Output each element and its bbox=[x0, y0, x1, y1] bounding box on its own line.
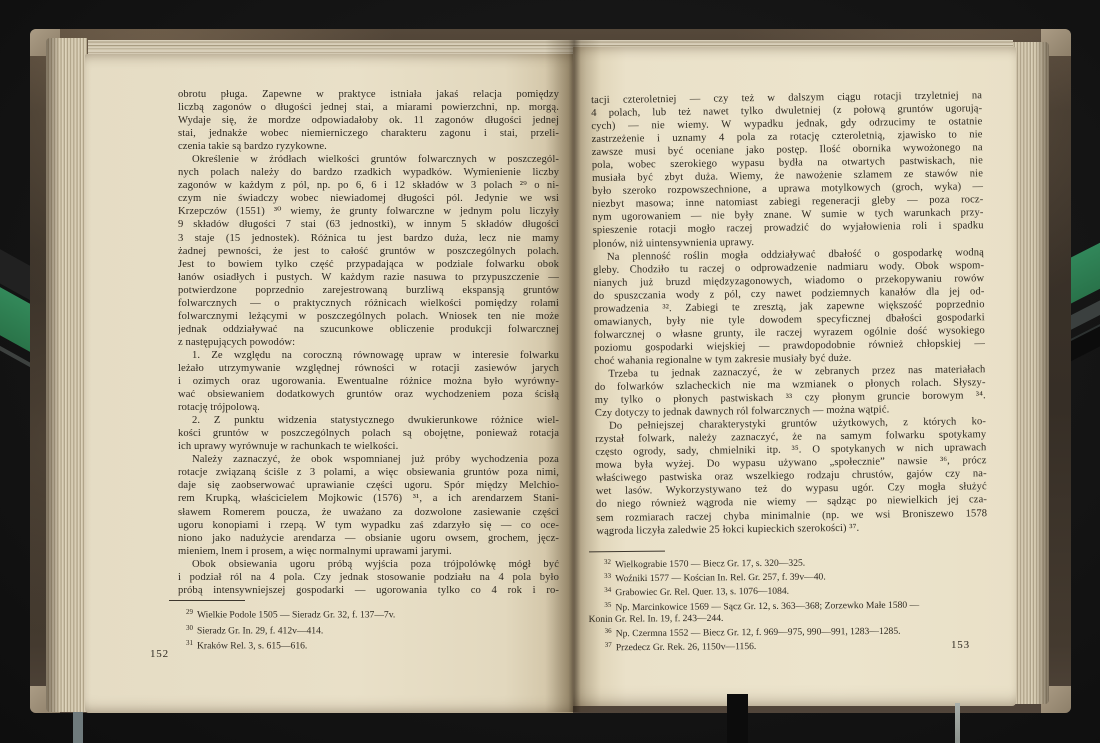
strap-bottom-center bbox=[727, 694, 748, 743]
page-left-text: obrotu pługa. Zapewne w praktyce istniał… bbox=[178, 88, 559, 597]
footnote-number: 36 bbox=[605, 626, 612, 634]
text-line: daje się zaobserwować uprawianie części … bbox=[178, 479, 559, 492]
text-line: żadnej pewności, że jest to całość grunt… bbox=[178, 245, 559, 258]
page-number-left: 152 bbox=[150, 648, 169, 660]
footnote-rule-left bbox=[169, 600, 245, 601]
text-line: jednak oddziaływać na szucunkowe oblicze… bbox=[178, 323, 559, 336]
text-line: 9 składów długości 7 stai (63 jednostki)… bbox=[178, 218, 559, 231]
scan-stage: obrotu pługa. Zapewne w praktyce istniał… bbox=[0, 0, 1100, 743]
footnote-number: 35 bbox=[604, 600, 611, 608]
footnote-text: Kraków Rel. 3, s. 615—616. bbox=[197, 641, 307, 652]
text-line: czym nie świadczy wobec niewiadomej dług… bbox=[178, 192, 559, 205]
text-line: Krzepczów (1551) ³⁰ wiemy, że grunty fol… bbox=[178, 205, 559, 218]
footnote-line: 29Wielkie Podole 1505 — Sieradz Gr. 32, … bbox=[170, 606, 562, 622]
footnote-text: Wielkie Podole 1505 — Sieradz Gr. 32, f.… bbox=[197, 610, 395, 621]
text-line: kości gruntów w poszczególnych polach są… bbox=[178, 427, 559, 440]
text-line: nych polach należy do bardzo rzadkich wy… bbox=[178, 166, 559, 179]
footnote-number: 31 bbox=[186, 639, 193, 647]
text-line: Określenie w źródłach wielkości gruntów … bbox=[178, 153, 559, 166]
footnote-line: 30Sieradz Gr. In. 29, f. 412v—414. bbox=[170, 622, 562, 638]
text-line: mieniem, lnem i prosem, a więc normalnym… bbox=[178, 545, 559, 558]
text-line: rotację trójpolową. bbox=[178, 401, 559, 414]
footnote-line: 31Kraków Rel. 3, s. 615—616. bbox=[170, 637, 562, 653]
text-line: ich uprawy wyrównuje w rachunkach te wie… bbox=[178, 440, 559, 453]
text-line: łanów osiadłych i pustych. W każdym razi… bbox=[178, 271, 559, 284]
text-line: czenia takie są bardzo ryzykowne. bbox=[178, 140, 559, 153]
text-line: stai, jednakże wobec niemierniczego char… bbox=[178, 127, 559, 140]
text-line: 3 staje (15 jednostek). Różnica tu jest … bbox=[178, 232, 559, 245]
footnote-number: 33 bbox=[604, 572, 611, 580]
page-number-right: 153 bbox=[951, 639, 970, 651]
text-line: 2. Z punktu widzenia statystycznego dwuk… bbox=[178, 414, 559, 427]
page-edges-left bbox=[46, 38, 87, 712]
text-line: i ozimych oraz ugorowania. Ewentualne ró… bbox=[178, 375, 559, 388]
text-line: próbą intensywniejszej gospodarki — ugor… bbox=[178, 584, 559, 597]
text-line: Jest to bowiem tylko część przypadająca … bbox=[178, 258, 559, 271]
text-line: wać obsiewaniem dodatkowych gruntów oraz… bbox=[178, 388, 559, 401]
text-line: 1. Ze względu na coroczną równowagę upra… bbox=[178, 349, 559, 362]
text-line: folwarcznymi leżącymi w poszczególnych p… bbox=[178, 310, 559, 323]
strap-bottom-right bbox=[955, 703, 960, 743]
text-line: folwarcznych — o praktycznych różnicach … bbox=[178, 297, 559, 310]
text-line: rotacje związaną ściśle z 3 polami, a wi… bbox=[178, 466, 559, 479]
text-line: z następujących powodów: bbox=[178, 336, 559, 349]
footnote-text: Konin Gr. Rel. In. 19, f. 243—244. bbox=[588, 613, 723, 625]
footnote-number: 30 bbox=[186, 624, 193, 632]
footnote-text: Wielkograbie 1570 — Biecz Gr. 17, s. 320… bbox=[615, 558, 805, 571]
text-line: ugoru konopiami i rzepą. W tym wypadku z… bbox=[178, 519, 559, 532]
text-line: Należy zaznaczyć, że obok wspomnianej ju… bbox=[178, 453, 559, 466]
text-line: liczbą zagonów o długości jednej stai, a… bbox=[178, 101, 559, 114]
footnote-block-right: 32Wielkograbie 1570 — Biecz Gr. 17, s. 3… bbox=[588, 553, 991, 653]
text-line: leżało utrzymywanie względnej równości w… bbox=[178, 362, 559, 375]
strap-bottom-left bbox=[73, 712, 83, 743]
footnote-number: 29 bbox=[186, 608, 193, 616]
footnote-text: Np. Czermna 1552 — Biecz Gr. 12, f. 969—… bbox=[616, 625, 901, 638]
footnote-number: 32 bbox=[604, 558, 611, 566]
footnote-number: 34 bbox=[604, 586, 611, 594]
text-line: i podział ról na 4 pola. Czy jednak stos… bbox=[178, 571, 559, 584]
text-line: sławem Romerem poucza, że uważano za doz… bbox=[178, 506, 559, 519]
page-edges-right bbox=[1012, 42, 1049, 704]
page-right-text: tacji czteroletniej — czy też w dalszym … bbox=[591, 89, 987, 537]
text-line: rem Krupką, właścicielem Mojkowic (1576)… bbox=[178, 492, 559, 505]
text-line: potwierdzone poprzednio zarejestrowaną b… bbox=[178, 284, 559, 297]
footnote-text: Grabowiec Gr. Rel. Quer. 13, s. 1076—108… bbox=[615, 586, 789, 599]
footnote-text: Przedecz Gr. Rek. 26, 1150v—1156. bbox=[616, 641, 757, 653]
footnote-text: Np. Marcinkowice 1569 — Sącz Gr. 12, s. … bbox=[615, 599, 919, 613]
footnote-text: Woźniki 1577 — Kościan In. Rel. Gr. 257,… bbox=[615, 572, 826, 585]
text-line: zagonów w każdym z pól, np. po 6, 6 i 12… bbox=[178, 179, 559, 192]
footnote-block-left: 29Wielkie Podole 1505 — Sieradz Gr. 32, … bbox=[170, 606, 562, 653]
text-line: Obok obsiewania ugoru próbą wyjścia poza… bbox=[178, 558, 559, 571]
footnote-text: Sieradz Gr. In. 29, f. 412v—414. bbox=[197, 625, 323, 636]
text-line: obrotu pługa. Zapewne w praktyce istniał… bbox=[178, 88, 559, 101]
text-line: Wydaje się, że mordze odpowiadałoby ok. … bbox=[178, 114, 559, 127]
text-line: niono jako nadużycie arendarza — obsiani… bbox=[178, 532, 559, 545]
footnote-number: 37 bbox=[605, 641, 612, 649]
